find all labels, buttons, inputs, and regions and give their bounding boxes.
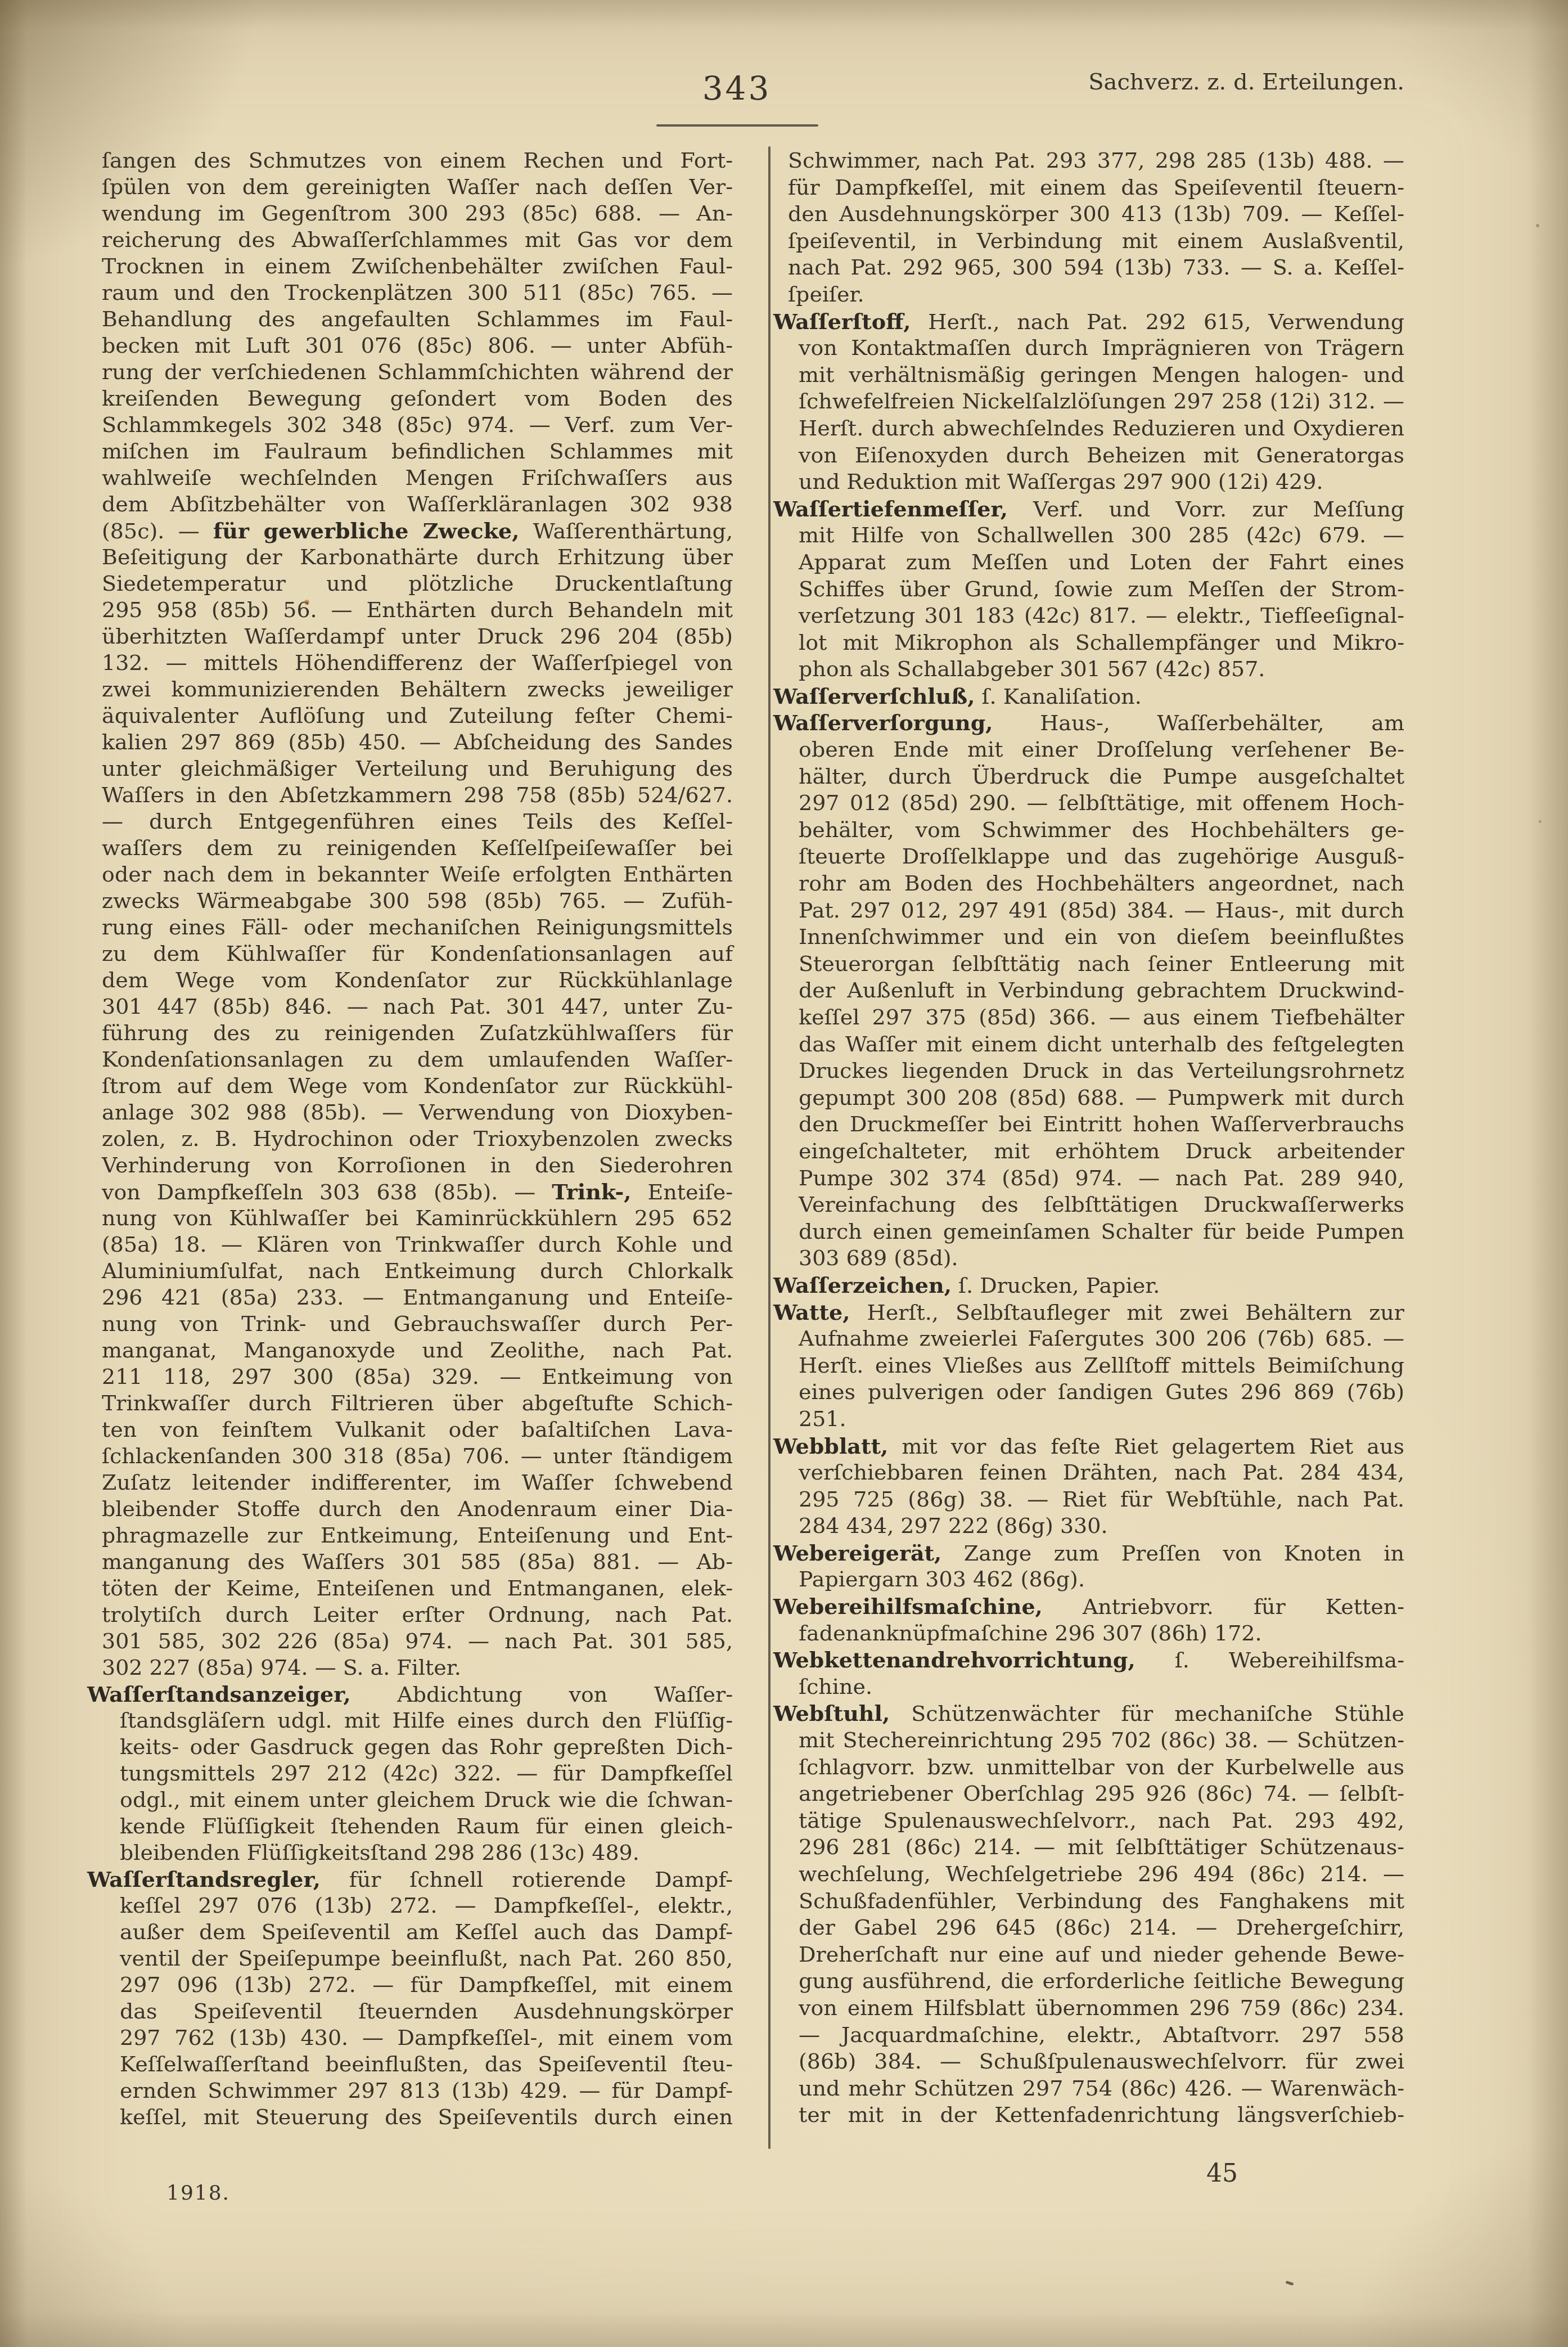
page-number-rule [656, 124, 818, 127]
text-line: Herſt. durch abwechſelndes Reduzieren un… [773, 415, 1404, 442]
text-segment: Antriebvorr. für Ketten- [1043, 1594, 1404, 1619]
text-line: von einem Hilfsblatt übernommen 296 759 … [773, 1995, 1404, 2022]
text-line: 251. [773, 1406, 1404, 1433]
text-segment: Haus-, Waſſerbehälter, am [993, 711, 1404, 735]
text-line: Trocknen in einem Zwiſchenbehälter zwiſc… [87, 253, 733, 280]
text-line: Behandlung des angefaulten Schlammes im … [87, 306, 733, 332]
footer-signature-number: 45 [1197, 2159, 1247, 2188]
text-segment: Papiergarn 303 462 (86g). [799, 1567, 1085, 1591]
entry-headword-line: Watte, Herſt., Selbſtaufleger mit zwei B… [773, 1299, 1404, 1326]
text-line: Aluminiumſulfat, nach Entkeimung durch C… [87, 1258, 733, 1284]
text-segment: Herſt., nach Pat. 292 615, Verwendung [911, 309, 1404, 334]
text-segment: Schlammkegels 302 348 (85c) 974. — Verf.… [102, 412, 733, 437]
text-segment: wendung im Gegenſtrom 300 293 (85c) 688.… [102, 201, 733, 226]
text-segment: zu dem Kühlwaſſer für Kondenſationsanlag… [102, 941, 733, 966]
entry-headword-line: Webſtuhl, Schützenwächter für mechaniſch… [773, 1700, 1404, 1727]
text-line: unter gleichmäßiger Verteilung und Beruh… [87, 756, 733, 782]
text-segment: bleibender Stoffe durch den Anodenraum e… [102, 1496, 733, 1521]
text-line: manganung des Waſſers 301 585 (85a) 881.… [87, 1549, 733, 1575]
text-segment: 295 725 (86g) 38. — Riet für Webſtühle, … [799, 1487, 1404, 1512]
text-segment: (85c). — [102, 519, 213, 543]
text-line: außer dem Speiſeventil am Keſſel auch da… [87, 1919, 733, 1945]
entry-headword-line: Webereigerät, Zange zum Preſſen von Knot… [773, 1540, 1404, 1567]
text-segment: ſangen des Schmutzes von einem Rechen un… [102, 148, 733, 173]
text-segment: Zange zum Preſſen von Knoten in [941, 1541, 1404, 1566]
text-segment: überhitzten Waſſerdampf unter Druck 296 … [102, 624, 733, 649]
text-line: mit verhältnismäßig geringen Mengen halo… [773, 362, 1404, 389]
text-line: das Speiſeventil ſteuernden Ausdehnungsk… [87, 1998, 733, 2025]
text-line: ſteuerte Droſſelklappe und das zugehörig… [773, 843, 1404, 870]
text-segment: 251. [799, 1406, 846, 1431]
text-segment: Schußfadenfühler, Verbindung des Fanghak… [799, 1889, 1404, 1913]
text-segment: ten von feinſtem Vulkanit oder baſaltiſc… [102, 1417, 733, 1442]
text-segment: mit Hilfe von Schallwellen 300 285 (42c)… [799, 523, 1404, 547]
text-segment: zolen, z. B. Hydrochinon oder Trioxybenz… [102, 1126, 733, 1151]
text-line: ſchlackenſanden 300 318 (85a) 706. — unt… [87, 1443, 733, 1469]
text-segment: ſchlagvorr. bzw. unmittelbar von der Kur… [799, 1755, 1404, 1779]
text-segment: ſtrom auf dem Wege vom Kondenſator zur R… [102, 1073, 733, 1098]
text-line: phon als Schallabgeber 301 567 (42c) 857… [773, 656, 1404, 683]
text-segment: 296 421 (85a) 233. — Entmanganung und En… [102, 1285, 733, 1310]
text-line: 301 447 (85b) 846. — nach Pat. 301 447, … [87, 993, 733, 1020]
text-segment: ernden Schwimmer 297 813 (13b) 429. — fü… [120, 2078, 733, 2103]
text-line: fadenanknüpfmaſchine 296 307 (86h) 172. [773, 1620, 1404, 1647]
text-line: (85a) 18. — Klären von Trinkwaſſer durch… [87, 1231, 733, 1258]
text-line: bleibenden Flüſſigkeitsſtand 298 286 (13… [87, 1840, 733, 1866]
text-segment: 297 762 (13b) 430. — Dampfkeſſel-, mit e… [120, 2025, 733, 2050]
text-segment: Verhinderung von Korroſionen in den Sied… [102, 1153, 733, 1177]
paper-stain [1536, 224, 1539, 227]
text-line: verſchiebbaren feinen Drähten, nach Pat.… [773, 1459, 1404, 1486]
text-line: mit Hilfe von Schallwellen 300 285 (42c)… [773, 522, 1404, 549]
text-segment: Trinkwaſſer durch Filtrieren über abgeſt… [102, 1391, 733, 1415]
text-line: Schlammkegels 302 348 (85c) 974. — Verf.… [87, 412, 733, 438]
text-segment: Herſt. eines Vließes aus Zellſtoff mitte… [799, 1353, 1404, 1378]
text-line: wahlweiſe wechſelnden Mengen Friſchwaſſe… [87, 465, 733, 491]
text-segment: rung der verſchiedenen Schlammſchichten … [102, 359, 733, 384]
entry-headword-line: Waſſerverſorgung, Haus-, Waſſerbehälter,… [773, 709, 1404, 736]
text-segment: Zuſatz leitender indifferenter, im Waſſe… [102, 1470, 733, 1495]
text-line: 297 096 (13b) 272. — für Dampfkeſſel, mi… [87, 1972, 733, 1998]
paper-stain [304, 600, 309, 605]
text-line: Siedetemperatur und plötzliche Druckentl… [87, 570, 733, 597]
right-text-column: Schwimmer, nach Pat. 293 377, 298 285 (1… [773, 147, 1404, 2129]
text-line: zu dem Kühlwaſſer für Kondenſationsanlag… [87, 941, 733, 967]
text-line: durch einen gemeinſamen Schalter für bei… [773, 1219, 1404, 1246]
text-segment: und mehr Schützen 297 754 (86c) 426. — W… [799, 2076, 1404, 2101]
text-line: töten der Keime, Enteiſenen und Entmanga… [87, 1575, 733, 1602]
text-line: oder nach dem in bekannter Weiſe erfolgt… [87, 861, 733, 888]
text-line: Schwimmer, nach Pat. 293 377, 298 285 (1… [773, 147, 1404, 174]
text-line: von Dampfkeſſeln 303 638 (85b). — Trink-… [87, 1179, 733, 1205]
text-segment: den Druckmeſſer bei Eintritt hohen Waſſe… [799, 1112, 1404, 1136]
text-line: — Jacquardmaſchine, elektr., Abtaſtvorr.… [773, 2022, 1404, 2049]
text-line: äquivalenter Auflöſung und Zuteilung feſ… [87, 703, 733, 729]
text-segment: eingeſchalteter, mit erhöhtem Druck arbe… [799, 1139, 1404, 1163]
text-line: ſtandsgläſern udgl. mit Hilfe eines durc… [87, 1707, 733, 1734]
text-segment: keits- oder Gasdruck gegen das Rohr gepr… [120, 1734, 733, 1759]
text-line: Vereinfachung des ſelbſttätigen Druckwaſ… [773, 1192, 1404, 1219]
text-line: Papiergarn 303 462 (86g). [773, 1566, 1404, 1593]
text-line: reicherung des Abwaſſerſchlammes mit Gas… [87, 227, 733, 253]
text-line: zwecks Wärmeabgabe 300 598 (85b) 765. — … [87, 888, 733, 914]
text-segment: phon als Schallabgeber 301 567 (42c) 857… [799, 657, 1265, 681]
text-line: keſſel, mit Steuerung des Speiſeventils … [87, 2104, 733, 2130]
paper-stain [1539, 820, 1542, 823]
text-line: manganat, Manganoxyde und Zeolithe, nach… [87, 1337, 733, 1364]
text-segment: rung eines Fäll- oder mechaniſchen Reini… [102, 915, 733, 939]
text-line: odgl., mit einem unter gleichem Druck wi… [87, 1787, 733, 1813]
text-line: dem Wege vom Kondenſator zur Rückkühlanl… [87, 967, 733, 993]
column-divider-rule [768, 146, 771, 2149]
text-line: ernden Schwimmer 297 813 (13b) 429. — fü… [87, 2078, 733, 2104]
text-segment: Trocknen in einem Zwiſchenbehälter zwiſc… [102, 254, 733, 278]
text-line: rung eines Fäll- oder mechaniſchen Reini… [87, 914, 733, 941]
text-segment: raum und den Trockenplätzen 300 511 (85c… [102, 280, 733, 305]
text-line: und Reduktion mit Waſſergas 297 900 (12i… [773, 469, 1404, 496]
text-line: oberen Ende mit einer Droſſelung verſehe… [773, 736, 1404, 763]
text-segment: 284 434, 297 222 (86g) 330. [799, 1513, 1108, 1538]
text-segment: ſ. Webereihilfsma- [1136, 1648, 1404, 1672]
text-segment: nung von Kühlwaſſer bei Kaminrückkühlern… [102, 1206, 733, 1230]
text-segment: kalien 297 869 (85b) 450. — Abſcheidung … [102, 730, 733, 754]
text-segment: ſpeiſeventil, in Verbindung mit einem Au… [788, 228, 1404, 253]
text-line: Keſſelwaſſerſtand beeinflußten, das Spei… [87, 2051, 733, 2078]
text-line: angetriebener Oberſchlag 295 926 (86c) 7… [773, 1781, 1404, 1808]
text-segment: 302 227 (85a) 974. — S. a. Filter. [102, 1655, 461, 1680]
text-segment: behälter, vom Schwimmer des Hochbehälter… [799, 817, 1404, 842]
text-segment: zwei kommunizierenden Behältern zwecks j… [102, 677, 733, 702]
text-segment: tungsmittels 297 212 (42c) 322. — für Da… [120, 1761, 733, 1786]
text-line: raum und den Trockenplätzen 300 511 (85c… [87, 280, 733, 306]
text-segment: oder nach dem in bekannter Weiſe erfolgt… [102, 862, 733, 887]
text-line: lot mit Mikrophon als Schallempfänger un… [773, 630, 1404, 657]
text-line: ventil der Speiſepumpe beeinflußt, nach … [87, 1945, 733, 1972]
text-line: Kondenſationsanlagen zu dem umlaufenden … [87, 1046, 733, 1073]
text-line: ſchwefelfreien Nickelſalzlöſungen 297 25… [773, 388, 1404, 415]
text-segment: trolytiſch durch Leiter erſter Ordnung, … [102, 1602, 733, 1627]
text-segment: Abdichtung von Waſſer- [351, 1682, 733, 1707]
text-segment: nung von Trink- und Gebrauchswaſſer durc… [102, 1311, 733, 1336]
text-segment: 301 447 (85b) 846. — nach Pat. 301 447, … [102, 994, 733, 1019]
text-segment: wechſelung, Wechſelgetriebe 296 494 (86c… [799, 1862, 1404, 1886]
text-segment: Waſſerenthärtung, [519, 519, 733, 543]
headword: Waſſerverſchluß, [773, 684, 975, 709]
text-segment: Steuerorgan ſelbſttätig nach ſeiner Entl… [799, 951, 1404, 976]
text-segment: 301 585, 302 226 (85a) 974. — nach Pat. … [102, 1629, 733, 1653]
text-segment: 303 689 (85d). [799, 1246, 958, 1270]
text-segment: fadenanknüpfmaſchine 296 307 (86h) 172. [799, 1621, 1262, 1645]
text-segment: ſchwefelfreien Nickelſalzlöſungen 297 25… [799, 389, 1404, 413]
text-segment: dem Wege vom Kondenſator zur Rückkühlanl… [102, 968, 733, 992]
text-segment: Innenſchwimmer und ein von dieſem beeinf… [799, 924, 1404, 949]
text-segment: führung des zu reinigenden Zuſatzkühlwaſ… [102, 1020, 733, 1045]
headword: Webblatt, [773, 1433, 888, 1459]
text-segment: von Dampfkeſſeln 303 638 (85b). — [102, 1180, 552, 1204]
text-segment: keſſel 297 375 (85d) 366. — aus einem Ti… [799, 1005, 1404, 1029]
paper-stain [1286, 2281, 1294, 2286]
text-line: rohr am Boden des Hochbehälters angeordn… [773, 870, 1404, 897]
text-line: wendung im Gegenſtrom 300 293 (85c) 688.… [87, 200, 733, 227]
text-segment: angetriebener Oberſchlag 295 926 (86c) 7… [799, 1781, 1404, 1806]
text-segment: 211 118, 297 300 (85a) 329. — Entkeimung… [102, 1364, 733, 1389]
text-line: ſtrom auf dem Wege vom Kondenſator zur R… [87, 1073, 733, 1099]
text-line: Schußfadenfühler, Verbindung des Fanghak… [773, 1888, 1404, 1915]
text-segment: bleibenden Flüſſigkeitsſtand 298 286 (13… [120, 1840, 639, 1865]
text-segment: Herſt. durch abwechſelndes Reduzieren un… [799, 416, 1404, 440]
text-segment: und Reduktion mit Waſſergas 297 900 (12i… [799, 469, 1323, 494]
text-line: Dreherſchaft nur eine auf und nieder geh… [773, 1941, 1404, 1968]
text-line: zolen, z. B. Hydrochinon oder Trioxybenz… [87, 1126, 733, 1152]
text-line: wechſelung, Wechſelgetriebe 296 494 (86c… [773, 1861, 1404, 1888]
entry-headword-line: Waſſerſtandsregler, für ſchnell rotieren… [87, 1866, 733, 1892]
text-line: 297 012 (85d) 290. — ſelbſttätige, mit o… [773, 790, 1404, 817]
headword: Waſſerſtandsanzeiger, [87, 1681, 351, 1707]
text-line: dem Abſitzbehälter von Waſſerkläranlagen… [87, 491, 733, 518]
text-segment: Siedetemperatur und plötzliche Druckentl… [102, 571, 733, 596]
text-segment: Verf. und Vorr. zur Meſſung [1008, 497, 1404, 521]
entry-headword-line: Waſſerzeichen, ſ. Drucken, Papier. [773, 1272, 1404, 1299]
text-segment: anlage 302 988 (85b). — Verwendung von D… [102, 1100, 733, 1125]
text-line: 301 585, 302 226 (85a) 974. — nach Pat. … [87, 1628, 733, 1654]
text-segment: Apparat zum Meſſen und Loten der Fahrt e… [799, 550, 1404, 574]
text-line: miſchen im Faulraum befindlichen Schlamm… [87, 438, 733, 465]
headword: Webereihilfsmaſchine, [773, 1594, 1043, 1619]
text-line: ter mit in der Kettenfadenrichtung längs… [773, 2102, 1404, 2129]
text-segment: von Eiſenoxyden durch Beheizen mit Gener… [799, 443, 1404, 467]
text-segment: nach Pat. 292 965, 300 594 (13b) 733. — … [788, 255, 1404, 280]
text-segment: — durch Entgegenführen eines Teils des K… [102, 809, 733, 834]
text-segment: phragmazelle zur Entkeimung, Enteiſenung… [102, 1523, 733, 1548]
text-line: von Eiſenoxyden durch Beheizen mit Gener… [773, 442, 1404, 469]
text-segment: von einem Hilfsblatt übernommen 296 759 … [799, 1995, 1404, 2020]
text-line: 295 958 (85b) 56. — Enthärten durch Beha… [87, 597, 733, 623]
text-line: ſchlagvorr. bzw. unmittelbar von der Kur… [773, 1754, 1404, 1781]
headword: Waſſerſtandsregler, [87, 1867, 321, 1892]
entry-headword-line: Webblatt, mit vor das feſte Riet gelager… [773, 1433, 1404, 1460]
text-line: Aufnahme zweierlei Faſergutes 300 206 (7… [773, 1325, 1404, 1352]
text-line: nach Pat. 292 965, 300 594 (13b) 733. — … [773, 254, 1404, 281]
text-line: Beſeitigung der Karbonathärte durch Erhi… [87, 544, 733, 570]
entry-headword-line: Waſſertiefenmeſſer, Verf. und Vorr. zur … [773, 496, 1404, 523]
headword: Waſſerſtoff, [773, 309, 911, 334]
text-segment: für ſchnell rotierende Dampf- [321, 1867, 733, 1892]
text-line: ſangen des Schmutzes von einem Rechen un… [87, 147, 733, 174]
text-segment: durch einen gemeinſamen Schalter für bei… [799, 1219, 1404, 1244]
text-line: 296 421 (85a) 233. — Entmanganung und En… [87, 1284, 733, 1311]
text-segment: Schwimmer, nach Pat. 293 377, 298 285 (1… [788, 148, 1404, 173]
text-line: trolytiſch durch Leiter erſter Ordnung, … [87, 1602, 733, 1628]
text-segment: ſpeiſer. [788, 282, 864, 307]
text-line: (86b) 384. — Schußſpulenauswechſelvorr. … [773, 2048, 1404, 2075]
text-segment: ſ. Kanaliſation. [975, 684, 1141, 709]
text-line: tätige Spulenauswechſelvorr., nach Pat. … [773, 1808, 1404, 1835]
text-line: nung von Trink- und Gebrauchswaſſer durc… [87, 1311, 733, 1337]
entry-headword-line: Waſſerverſchluß, ſ. Kanaliſation. [773, 683, 1404, 710]
text-line: waſſers dem zu reinigenden Keſſelſpeiſew… [87, 835, 733, 861]
text-line: eines pulverigen oder ſandigen Gutes 296… [773, 1379, 1404, 1406]
text-segment: 297 096 (13b) 272. — für Dampfkeſſel, mi… [120, 1972, 733, 1997]
text-line: becken mit Luft 301 076 (85c) 806. — unt… [87, 332, 733, 359]
text-segment: 297 012 (85d) 290. — ſelbſttätige, mit o… [799, 790, 1404, 815]
text-segment: gepumpt 300 208 (85d) 688. — Pumpwerk mi… [799, 1085, 1404, 1110]
text-segment: Druckes liegenden Druck in das Verteilun… [799, 1058, 1404, 1083]
text-line: 132. — mittels Höhendifferenz der Waſſer… [87, 650, 733, 676]
headword: Trink-, [552, 1179, 631, 1204]
text-segment: 296 281 (86c) 214. — mit ſelbſttätiger S… [799, 1835, 1404, 1859]
text-line: führung des zu reinigenden Zuſatzkühlwaſ… [87, 1020, 733, 1046]
text-line: nung von Kühlwaſſer bei Kaminrückkühlern… [87, 1205, 733, 1231]
text-segment: kende Flüſſigkeit ſtehenden Raum für ein… [120, 1814, 733, 1838]
text-line: keſſel 297 076 (13b) 272. — Dampfkeſſel-… [87, 1892, 733, 1919]
text-segment: gung ausführend, die erforderliche ſeitl… [799, 1968, 1404, 1993]
text-segment: manganung des Waſſers 301 585 (85a) 881.… [102, 1549, 733, 1574]
text-segment: Aufnahme zweierlei Faſergutes 300 206 (7… [799, 1326, 1404, 1351]
headword: Waſſertiefenmeſſer, [773, 496, 1008, 521]
headword: für gewerbliche Zwecke, [213, 518, 519, 543]
text-segment: — Jacquardmaſchine, elektr., Abtaſtvorr.… [799, 2022, 1404, 2047]
text-line: von Kontaktmaſſen durch Imprägnieren von… [773, 335, 1404, 362]
text-line: kreiſenden Bewegung geſondert vom Boden … [87, 385, 733, 412]
text-line: hälter, durch Überdruck die Pumpe ausgeſ… [773, 763, 1404, 790]
text-segment: ſchlackenſanden 300 318 (85a) 706. — unt… [102, 1444, 733, 1468]
text-segment: reicherung des Abwaſſerſchlammes mit Gas… [102, 227, 733, 252]
text-segment: verſetzung 301 183 (42c) 817. — elektr.,… [799, 603, 1404, 628]
text-segment: äquivalenter Auflöſung und Zuteilung feſ… [102, 703, 733, 728]
text-line: bleibender Stoffe durch den Anodenraum e… [87, 1496, 733, 1522]
text-line: 297 762 (13b) 430. — Dampfkeſſel-, mit e… [87, 2025, 733, 2051]
text-segment: keſſel, mit Steuerung des Speiſeventils … [120, 2105, 733, 2129]
text-line: 303 689 (85d). [773, 1245, 1404, 1272]
text-segment: zwecks Wärmeabgabe 300 598 (85b) 765. — … [102, 888, 733, 913]
text-line: 295 725 (86g) 38. — Riet für Webſtühle, … [773, 1486, 1404, 1513]
headword: Watte, [773, 1300, 850, 1325]
text-line: Druckes liegenden Druck in das Verteilun… [773, 1058, 1404, 1085]
text-segment: hälter, durch Überdruck die Pumpe ausgeſ… [799, 764, 1404, 789]
text-segment: lot mit Mikrophon als Schallempfänger un… [799, 630, 1404, 655]
text-line: ſpeiſer. [773, 281, 1404, 308]
text-line: ſpülen von dem gereinigten Waſſer nach d… [87, 174, 733, 200]
text-segment: mit vor das feſte Riet gelagertem Riet a… [888, 1434, 1404, 1459]
text-line: Waſſers in den Abſetzkammern 298 758 (85… [87, 782, 733, 808]
text-segment: der Gabel 296 645 (86c) 214. — Drehergeſ… [799, 1915, 1404, 1940]
text-line: überhitzten Waſſerdampf unter Druck 296 … [87, 623, 733, 650]
text-line: (85c). — für gewerbliche Zwecke, Waſſere… [87, 518, 733, 544]
text-line: Steuerorgan ſelbſttätig nach ſeiner Entl… [773, 951, 1404, 978]
text-line: Zuſatz leitender indifferenter, im Waſſe… [87, 1469, 733, 1496]
text-segment: mit verhältnismäßig geringen Mengen halo… [799, 362, 1404, 387]
text-segment: den Ausdehnungskörper 300 413 (13b) 709.… [788, 201, 1404, 226]
text-line: keſſel 297 375 (85d) 366. — aus einem Ti… [773, 1004, 1404, 1031]
text-segment: 132. — mittels Höhendifferenz der Waſſer… [102, 650, 733, 675]
text-segment: ter mit in der Kettenfadenrichtung längs… [799, 2102, 1404, 2127]
text-line: kende Flüſſigkeit ſtehenden Raum für ein… [87, 1813, 733, 1840]
text-line: der Außenluft in Verbindung gebrachtem D… [773, 977, 1404, 1004]
text-line: gepumpt 300 208 (85d) 688. — Pumpwerk mi… [773, 1085, 1404, 1112]
text-segment: mit Stechereinrichtung 295 702 (86c) 38.… [799, 1728, 1404, 1752]
text-line: Pat. 297 012, 297 491 (85d) 384. — Haus-… [773, 897, 1404, 924]
text-segment: verſchiebbaren feinen Drähten, nach Pat.… [799, 1460, 1404, 1485]
text-segment: Keſſelwaſſerſtand beeinflußten, das Spei… [120, 2052, 733, 2076]
left-text-column: ſangen des Schmutzes von einem Rechen un… [87, 147, 733, 2130]
text-line: das Waſſer mit einem dicht unterhalb des… [773, 1031, 1404, 1058]
text-segment: rohr am Boden des Hochbehälters angeordn… [799, 871, 1404, 896]
running-title: Sachverz. z. d. Erteilungen. [1069, 69, 1404, 96]
scanned-page: 343 Sachverz. z. d. Erteilungen. ſangen … [0, 0, 1568, 2347]
text-line: Innenſchwimmer und ein von dieſem beeinf… [773, 924, 1404, 951]
text-line: gung ausführend, die erforderliche ſeitl… [773, 1968, 1404, 1995]
headword: Webſtuhl, [773, 1701, 890, 1726]
text-segment: becken mit Luft 301 076 (85c) 806. — unt… [102, 333, 733, 358]
text-line: zwei kommunizierenden Behältern zwecks j… [87, 676, 733, 703]
text-line: mit Stechereinrichtung 295 702 (86c) 38.… [773, 1727, 1404, 1754]
text-segment: odgl., mit einem unter gleichem Druck wi… [120, 1787, 733, 1812]
text-segment: wahlweiſe wechſelnden Mengen Friſchwaſſe… [102, 465, 733, 490]
text-line: Verhinderung von Korroſionen in den Sied… [87, 1152, 733, 1179]
text-segment: eines pulverigen oder ſandigen Gutes 296… [799, 1379, 1404, 1404]
text-line: Pumpe 302 374 (85d) 974. — nach Pat. 289… [773, 1165, 1404, 1192]
text-segment: Aluminiumſulfat, nach Entkeimung durch C… [102, 1258, 733, 1283]
text-segment: der Außenluft in Verbindung gebrachtem D… [799, 978, 1404, 1002]
text-line: keits- oder Gasdruck gegen das Rohr gepr… [87, 1734, 733, 1760]
text-segment: oberen Ende mit einer Droſſelung verſehe… [799, 737, 1404, 762]
text-segment: das Speiſeventil ſteuernden Ausdehnungsk… [120, 1999, 733, 2024]
text-line: ten von feinſtem Vulkanit oder baſaltiſc… [87, 1417, 733, 1443]
text-segment: Pumpe 302 374 (85d) 974. — nach Pat. 289… [799, 1166, 1404, 1190]
text-segment: (86b) 384. — Schußſpulenauswechſelvorr. … [799, 2049, 1404, 2074]
text-segment: tätige Spulenauswechſelvorr., nach Pat. … [799, 1808, 1404, 1833]
text-segment: Kondenſationsanlagen zu dem umlaufenden … [102, 1047, 733, 1072]
text-line: kalien 297 869 (85b) 450. — Abſcheidung … [87, 729, 733, 756]
text-segment: von Kontaktmaſſen durch Imprägnieren von… [799, 335, 1404, 360]
text-segment: ſpülen von dem gereinigten Waſſer nach d… [102, 174, 733, 199]
text-line: und mehr Schützen 297 754 (86c) 426. — W… [773, 2075, 1404, 2102]
headword: Webereigerät, [773, 1540, 941, 1566]
text-segment: Beſeitigung der Karbonathärte durch Erhi… [102, 545, 733, 569]
text-line: anlage 302 988 (85b). — Verwendung von D… [87, 1099, 733, 1126]
text-line: ſpeiſeventil, in Verbindung mit einem Au… [773, 228, 1404, 255]
text-line: eingeſchalteter, mit erhöhtem Druck arbe… [773, 1138, 1404, 1165]
text-segment: ventil der Speiſepumpe beeinflußt, nach … [120, 1946, 733, 1971]
text-segment: Dreherſchaft nur eine auf und nieder geh… [799, 1942, 1404, 1967]
entry-headword-line: Webereihilfsmaſchine, Antriebvorr. für K… [773, 1593, 1404, 1620]
text-segment: außer dem Speiſeventil am Keſſel auch da… [120, 1919, 733, 1944]
text-line: 284 434, 297 222 (86g) 330. [773, 1513, 1404, 1540]
entry-headword-line: Waſſerſtoff, Herſt., nach Pat. 292 615, … [773, 308, 1404, 335]
text-segment: für Dampfkeſſel, mit einem das Speiſeven… [788, 175, 1404, 200]
text-segment: miſchen im Faulraum befindlichen Schlamm… [102, 439, 733, 464]
headword: Waſſerzeichen, [773, 1273, 952, 1298]
footer-year: 1918. [166, 2182, 230, 2205]
text-segment: Vereinfachung des ſelbſttätigen Druckwaſ… [799, 1192, 1404, 1217]
text-line: tungsmittels 297 212 (42c) 322. — für Da… [87, 1760, 733, 1787]
text-segment: ſtandsgläſern udgl. mit Hilfe eines durc… [120, 1708, 733, 1733]
entry-headword-line: Waſſerſtandsanzeiger, Abdichtung von Waſ… [87, 1681, 733, 1707]
text-line: Herſt. eines Vließes aus Zellſtoff mitte… [773, 1352, 1404, 1379]
text-segment: dem Abſitzbehälter von Waſſerkläranlagen… [102, 492, 733, 516]
text-line: behälter, vom Schwimmer des Hochbehälter… [773, 817, 1404, 844]
text-segment: 295 958 (85b) 56. — Enthärten durch Beha… [102, 597, 733, 622]
text-line: 211 118, 297 300 (85a) 329. — Entkeimung… [87, 1364, 733, 1390]
text-segment: Schiffes über Grund, ſowie zum Meſſen de… [799, 577, 1404, 601]
text-segment: Pat. 297 012, 297 491 (85d) 384. — Haus-… [799, 898, 1404, 923]
text-line: Schiffes über Grund, ſowie zum Meſſen de… [773, 576, 1404, 603]
text-line: den Ausdehnungskörper 300 413 (13b) 709.… [773, 201, 1404, 228]
text-segment: das Waſſer mit einem dicht unterhalb des… [799, 1032, 1404, 1056]
text-segment: Enteiſe- [632, 1180, 733, 1204]
text-segment: ſchine. [799, 1674, 872, 1699]
text-segment: keſſel 297 076 (13b) 272. — Dampfkeſſel-… [120, 1893, 733, 1918]
